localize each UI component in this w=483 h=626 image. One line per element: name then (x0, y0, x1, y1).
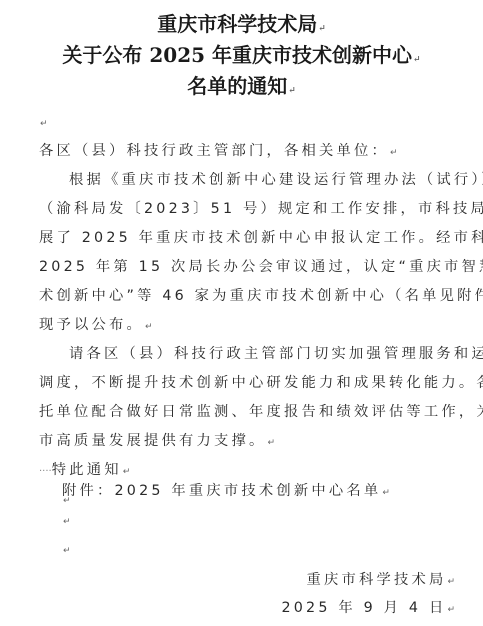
paragraph-line: 市高质量发展提供有力支撑。↵ (39, 431, 275, 453)
space-dots: ···· (39, 466, 52, 477)
paragraph-mark-icon: ↵ (382, 488, 390, 498)
closing-line: ····特此通知↵ (39, 460, 130, 482)
paragraph-line: 请各区（县）科技行政主管部门切实加强管理服务和运行 (69, 344, 483, 364)
paragraph-mark-icon: ↵ (318, 24, 326, 34)
paragraph-mark-icon: ↵ (447, 577, 455, 587)
paragraph-line: 2025 年第 15 次局长办公会审议通过，认定“重庆市智慧汽车技 (39, 257, 483, 277)
paragraph-mark-icon: ↵ (123, 467, 131, 477)
paragraph-mark-icon: ↵ (447, 605, 455, 615)
paragraph-line: 术创新中心”等 46 家为重庆市技术创新中心（名单见附件）， (39, 286, 483, 306)
signature-org: 重庆市科学技术局↵ (306, 570, 455, 592)
paragraph-mark-icon: ↵ (267, 438, 275, 448)
paragraph-line: 根据《重庆市技术创新中心建设运行管理办法（试行）》 (69, 170, 483, 190)
paragraph-mark-icon: ↵ (390, 148, 398, 158)
paragraph-line: 现予以公布。↵ (39, 315, 153, 337)
title-line-3: 名单的通知↵ (0, 74, 483, 103)
empty-line: ↵ (62, 539, 71, 561)
attachment-line: 附件：2025 年重庆市技术创新中心名单↵ (62, 481, 390, 503)
paragraph-mark-icon: ↵ (63, 517, 71, 527)
paragraph-mark-icon: ↵ (40, 119, 48, 129)
empty-line: ↵ (39, 112, 48, 134)
paragraph-line: 托单位配合做好日常监测、年度报告和绩效评估等工作，为全 (39, 402, 483, 422)
signature-date: 2025 年 9 月 4 日↵ (281, 598, 455, 620)
title-line-1: 重庆市科学技术局↵ (0, 12, 483, 41)
paragraph-mark-icon: ↵ (413, 55, 421, 65)
paragraph-mark-icon: ↵ (288, 86, 296, 96)
empty-line: ↵ (62, 510, 71, 532)
paragraph-line: （渝科局发〔2023〕51 号）规定和工作安排，市科技局组织开 (39, 199, 483, 219)
paragraph-line: 调度，不断提升技术创新中心研发能力和成果转化能力。各依 (39, 373, 483, 393)
paragraph-line: 展了 2025 年重庆市技术创新中心申报认定工作。经市科技局 (39, 228, 483, 248)
salutation: 各区（县）科技行政主管部门，各相关单位：↵ (39, 141, 397, 163)
paragraph-mark-icon: ↵ (63, 546, 71, 556)
title-line-2: 关于公布 2025 年重庆市技术创新中心↵ (0, 43, 483, 72)
paragraph-mark-icon: ↵ (145, 322, 153, 332)
